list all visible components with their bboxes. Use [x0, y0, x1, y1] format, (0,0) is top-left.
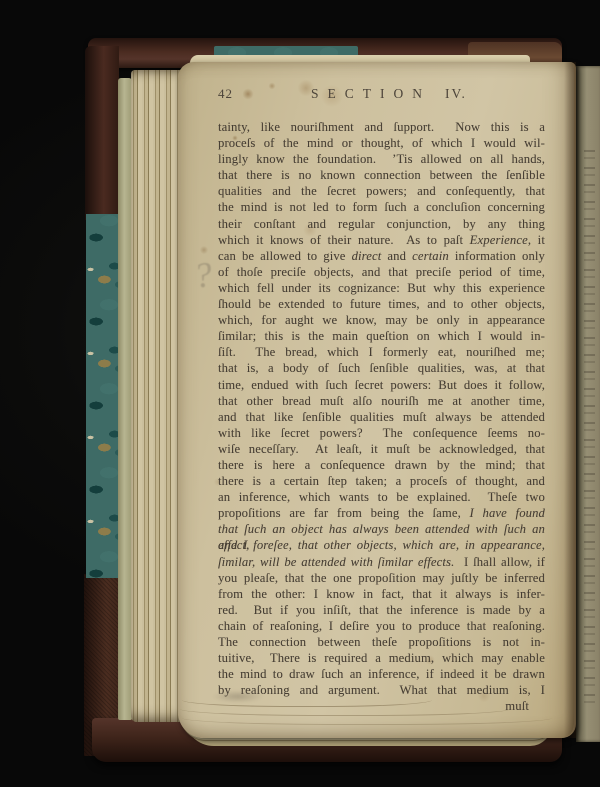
- text-line: which fell under its cognizance: But why…: [218, 280, 545, 296]
- section-heading: SECTION IV.: [233, 85, 545, 103]
- text-line: there is here a conſequence drawn by the…: [218, 457, 545, 473]
- gutter-shadow: [564, 62, 576, 738]
- facing-page-text-fragments: [584, 150, 595, 710]
- text-line: ſiſt. The bread, which I formerly eat, n…: [218, 344, 545, 360]
- pencil-smudge: [212, 690, 264, 703]
- text-line: that there is no known connection betwee…: [218, 167, 545, 183]
- catchword: muſt: [218, 698, 545, 714]
- text-line: that other bread muſt alſo nouriſh me at…: [218, 393, 545, 409]
- body-text: tainty, like nouriſhment and ſupport. No…: [218, 119, 545, 714]
- text-line: that ſuch an object has always been atte…: [218, 521, 545, 537]
- marbled-paper-cover-left: [86, 214, 120, 578]
- text-line: ſimilar; this is the main queſtion on wh…: [218, 328, 545, 344]
- page-edge-stack: [131, 70, 183, 722]
- page-number: 42: [218, 86, 233, 102]
- text-line: and I foreſee, that other objects, which…: [218, 537, 545, 553]
- text-line: ſimilar, will be attended with ſimilar e…: [218, 554, 545, 570]
- text-line: can be allowed to give direct and certai…: [218, 248, 545, 264]
- text-line: The connection between theſe propoſition…: [218, 634, 545, 650]
- text-line: red. But if you inſiſt, that the inferen…: [218, 602, 545, 618]
- text-line: with like ſecret powers? The conſequence…: [218, 425, 545, 441]
- text-line: which, for aught we know, may be only in…: [218, 312, 545, 328]
- text-line: which it knows of their nature. As to pa…: [218, 232, 545, 248]
- text-line: that is, a body of ſuch ſenſible qualiti…: [218, 360, 545, 376]
- text-line: tainty, like nouriſhment and ſupport. No…: [218, 119, 545, 135]
- section-numeral: IV.: [445, 86, 467, 101]
- text-line: time, endued with ſuch ſecret powers: Bu…: [218, 377, 545, 393]
- text-line: wiſe neceſſary. At leaſt, it muſt be ack…: [218, 441, 545, 457]
- photo-of-open-book: { "book_page": { "page_number": "42", "s…: [0, 0, 600, 787]
- text-line: the mind to draw ſuch an inference, if i…: [218, 666, 545, 682]
- text-line: there is a certain ſtep taken; a proceſs…: [218, 473, 545, 489]
- text-line: from the other: I know in fact, that it …: [218, 586, 545, 602]
- text-line: an inference, which wants to be explaine…: [218, 489, 545, 505]
- text-line: and that like ſenſible qualities muſt al…: [218, 409, 545, 425]
- text-line: chain of reaſoning, I deſire you to prod…: [218, 618, 545, 634]
- text-line: you pleaſe, that the one propoſition may…: [218, 570, 545, 586]
- text-line: by reaſoning and argument. What that med…: [218, 682, 545, 698]
- text-line: their conſtant and regular conjunction, …: [218, 216, 545, 232]
- endpaper-edge: [118, 78, 132, 720]
- book-spine-leather: [85, 46, 119, 220]
- running-header: 42 SECTION IV.: [218, 85, 545, 105]
- text-line: of thoſe preciſe objects, and that preci…: [218, 264, 545, 280]
- text-line: propoſitions are far from being the ſame…: [218, 505, 545, 521]
- text-line: lingly know the foundation. ’Tis allowed…: [218, 151, 545, 167]
- text-line: qualities and the ſecret powers; and con…: [218, 183, 545, 199]
- section-word: SECTION: [311, 86, 431, 101]
- text-line: proceſs of the mind or thought, of which…: [218, 135, 545, 151]
- text-line: the mind is not led to form ſuch a concl…: [218, 199, 545, 215]
- text-line: ſhould be extended to future times, and …: [218, 296, 545, 312]
- text-line: tuitive, There is required a medium, whi…: [218, 650, 545, 666]
